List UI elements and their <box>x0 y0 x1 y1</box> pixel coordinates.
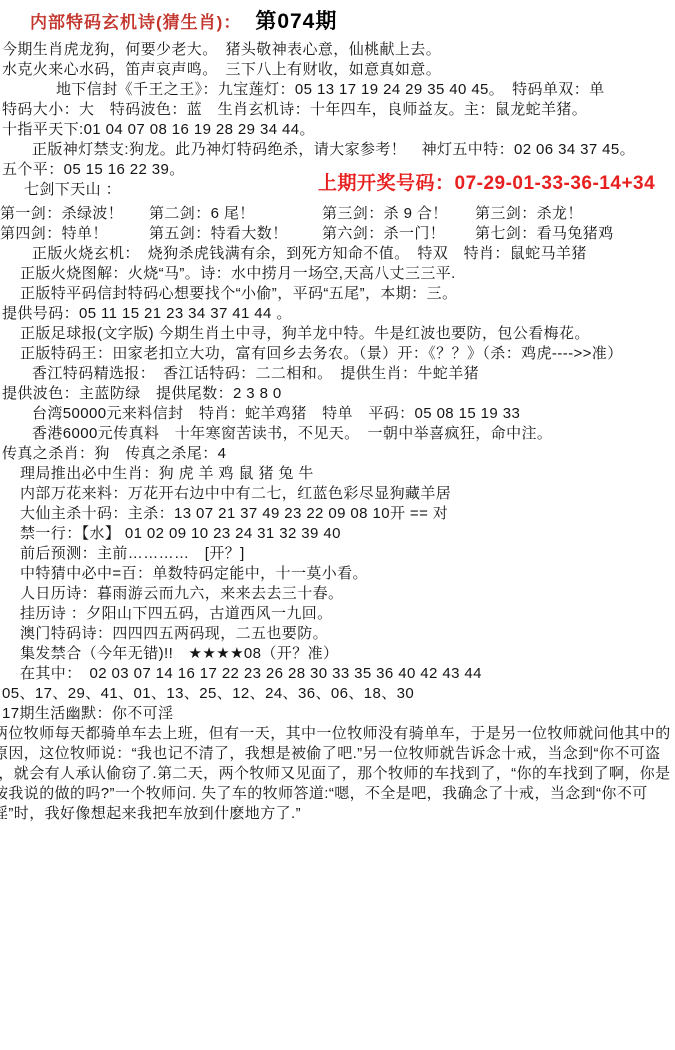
sword-item: 第六剑：杀一门！ <box>322 224 475 244</box>
text-line: 理局推出必中生肖：狗 虎 羊 鸡 鼠 猪 兔 牛 <box>20 464 675 484</box>
text-line: 正版特平码信封特码心想要找个“小偷”，平码“五尾”，本期：三。 <box>20 284 675 304</box>
text-line: 正版特码王：田家老扣立大功，富有回乡去务农。（景）开：《？？》（杀：鸡虎----… <box>20 344 675 364</box>
sword-item: 第四剑：特单！ <box>0 224 149 244</box>
text-line: 集发禁合（今年无错)!! ★★★★08（开？准） <box>20 644 675 664</box>
poem-line: 今期生肖虎龙狗，何要少老大。 猪头敬神表心意，仙桃献上去。 <box>2 40 675 60</box>
text-line: 提供波色：主蓝防绿 提供尾数：2 3 8 0 <box>2 384 675 404</box>
text-line: 在其中： 02 03 07 14 16 17 22 23 26 28 30 33… <box>20 664 675 684</box>
text-line: 香江特码精选报： 香江话特码：二二相和。 提供生肖：牛蛇羊猪 <box>32 364 675 384</box>
sword-item: 第三剑：杀 9 合！ <box>322 204 475 224</box>
text-line: 提供号码：05 11 15 21 23 34 37 41 44 。 <box>2 304 675 324</box>
text-line: 正版火烧玄机： 烧狗杀虎钱满有余，到死方知命不值。 特双 特肖：鼠蛇马羊猪 <box>32 244 675 264</box>
text-line: 澳门特码诗：四四四五两码现，二五也要防。 <box>20 624 675 644</box>
text-line: 禁一行：【水】 01 02 09 10 23 24 31 32 39 40 <box>20 524 675 544</box>
text-line: 大仙主杀十码：主杀：13 07 21 37 49 23 22 09 08 10开… <box>20 504 675 524</box>
joke-line: 原因，这位牧师说：“我也记不清了，我想是被偷了吧.”另一位牧师就告诉念十戒，当念… <box>0 744 675 764</box>
page-title: 内部特码玄机诗(猜生肖)： <box>30 13 241 32</box>
sword-row: 第一剑：杀绿波！ 第二剑：6 尾！ 第三剑：杀 9 合！ 第三剑：杀龙！ <box>0 204 675 224</box>
joke-line: 淫”时，我好像想起来我把车放到什麽地方了.” <box>0 804 675 824</box>
last-draw-numbers: 上期开奖号码：07-29-01-33-36-14+34 <box>318 168 655 195</box>
page-header: 内部特码玄机诗(猜生肖)：第074期 <box>30 5 675 35</box>
humor-title-line: 17期生活幽默：你不可淫 <box>2 704 675 724</box>
tip-sheet-page: 内部特码玄机诗(猜生肖)：第074期 今期生肖虎龙狗，何要少老大。 猪头敬神表心… <box>0 0 675 1050</box>
joke-line: ”，就会有人承认偷窃了.第二天，两个牧师又见面了，那个牧师的车找到了，“你的车找… <box>0 764 675 784</box>
text-line: 台湾50000元来料信封 特肖：蛇羊鸡猪 特单 平码：05 08 15 19 3… <box>32 404 675 424</box>
poem-line: 水克火来心水码，笛声哀声鸣。 三下八上有财收，如意真如意。 <box>2 60 675 80</box>
text-line: 传真之杀肖：狗 传真之杀尾：4 <box>2 444 675 464</box>
text-line: 中特猜中必中=百：单数特码定能中，十一莫小看。 <box>20 564 675 584</box>
text-line: 十指平天下:01 04 07 08 16 19 28 29 34 44。 <box>2 120 675 140</box>
joke-paragraph: 两位牧师每天都骑单车去上班，但有一天，其中一位牧师没有骑单车，于是另一位牧师就问… <box>0 724 675 824</box>
sword-item: 第三剑：杀龙！ <box>475 204 675 224</box>
sword-item: 第二剑：6 尾！ <box>149 204 322 224</box>
issue-number: 第074期 <box>255 10 337 33</box>
text-line: 香港6000元传真料 十年寒窗苦读书，不见天。 一朝中举喜疯狂，命中注。 <box>32 424 675 444</box>
joke-line: 两位牧师每天都骑单车去上班，但有一天，其中一位牧师没有骑单车，于是另一位牧师就问… <box>0 724 675 744</box>
text-line: 挂历诗 ：夕阳山下四五码，古道西风一九回。 <box>20 604 675 624</box>
sword-row: 第四剑：特单！ 第五剑：特看大数！ 第六剑：杀一门！ 第七剑：看马兔猪鸡 <box>0 224 675 244</box>
text-line: 正版神灯禁支:狗龙。此乃神灯特码绝杀，请大家参考！ 神灯五中特：02 06 34… <box>32 140 675 160</box>
text-line: 正版足球报(文字版) 今期生肖土中寻，狗羊龙中特。牛是红波也要防，包公看梅花。 <box>20 324 675 344</box>
text-line: 前后预测：主前………… [开？] <box>20 544 675 564</box>
sword-item: 第七剑：看马兔猪鸡 <box>475 224 675 244</box>
sword-item: 第一剑：杀绿波！ <box>0 204 149 224</box>
text-line: 正版火烧图解：火烧“马”。诗：水中捞月一场空,天高八丈三三平. <box>20 264 675 284</box>
joke-line: 按我说的做的吗?”一个牧师问. 失了车的牧师答道:“嗯，不全是吧，我确念了十戒，… <box>0 784 675 804</box>
number-sequence-line: 05、17、29、41、01、13、25、12、24、36、06、18、30 <box>2 684 675 704</box>
mid-section: 五个平：05 15 16 22 39。 七剑下天山 ： 上期开奖号码：07-29… <box>0 160 675 204</box>
text-line: 人日历诗：暮雨游云而九六，来来去去三十春。 <box>20 584 675 604</box>
text-line: 特码大小：大 特码波色：蓝 生肖玄机诗：十年四车，良师益友。主：鼠龙蛇羊猪。 <box>2 100 675 120</box>
sword-item: 第五剑：特看大数！ <box>149 224 322 244</box>
text-line: 内部万花来料：万花开右边中中有二七，红蓝色彩尽显狗藏羊居 <box>20 484 675 504</box>
text-line: 地下信封《千王之王》：九宝莲灯：05 13 17 19 24 29 35 40 … <box>56 80 675 100</box>
